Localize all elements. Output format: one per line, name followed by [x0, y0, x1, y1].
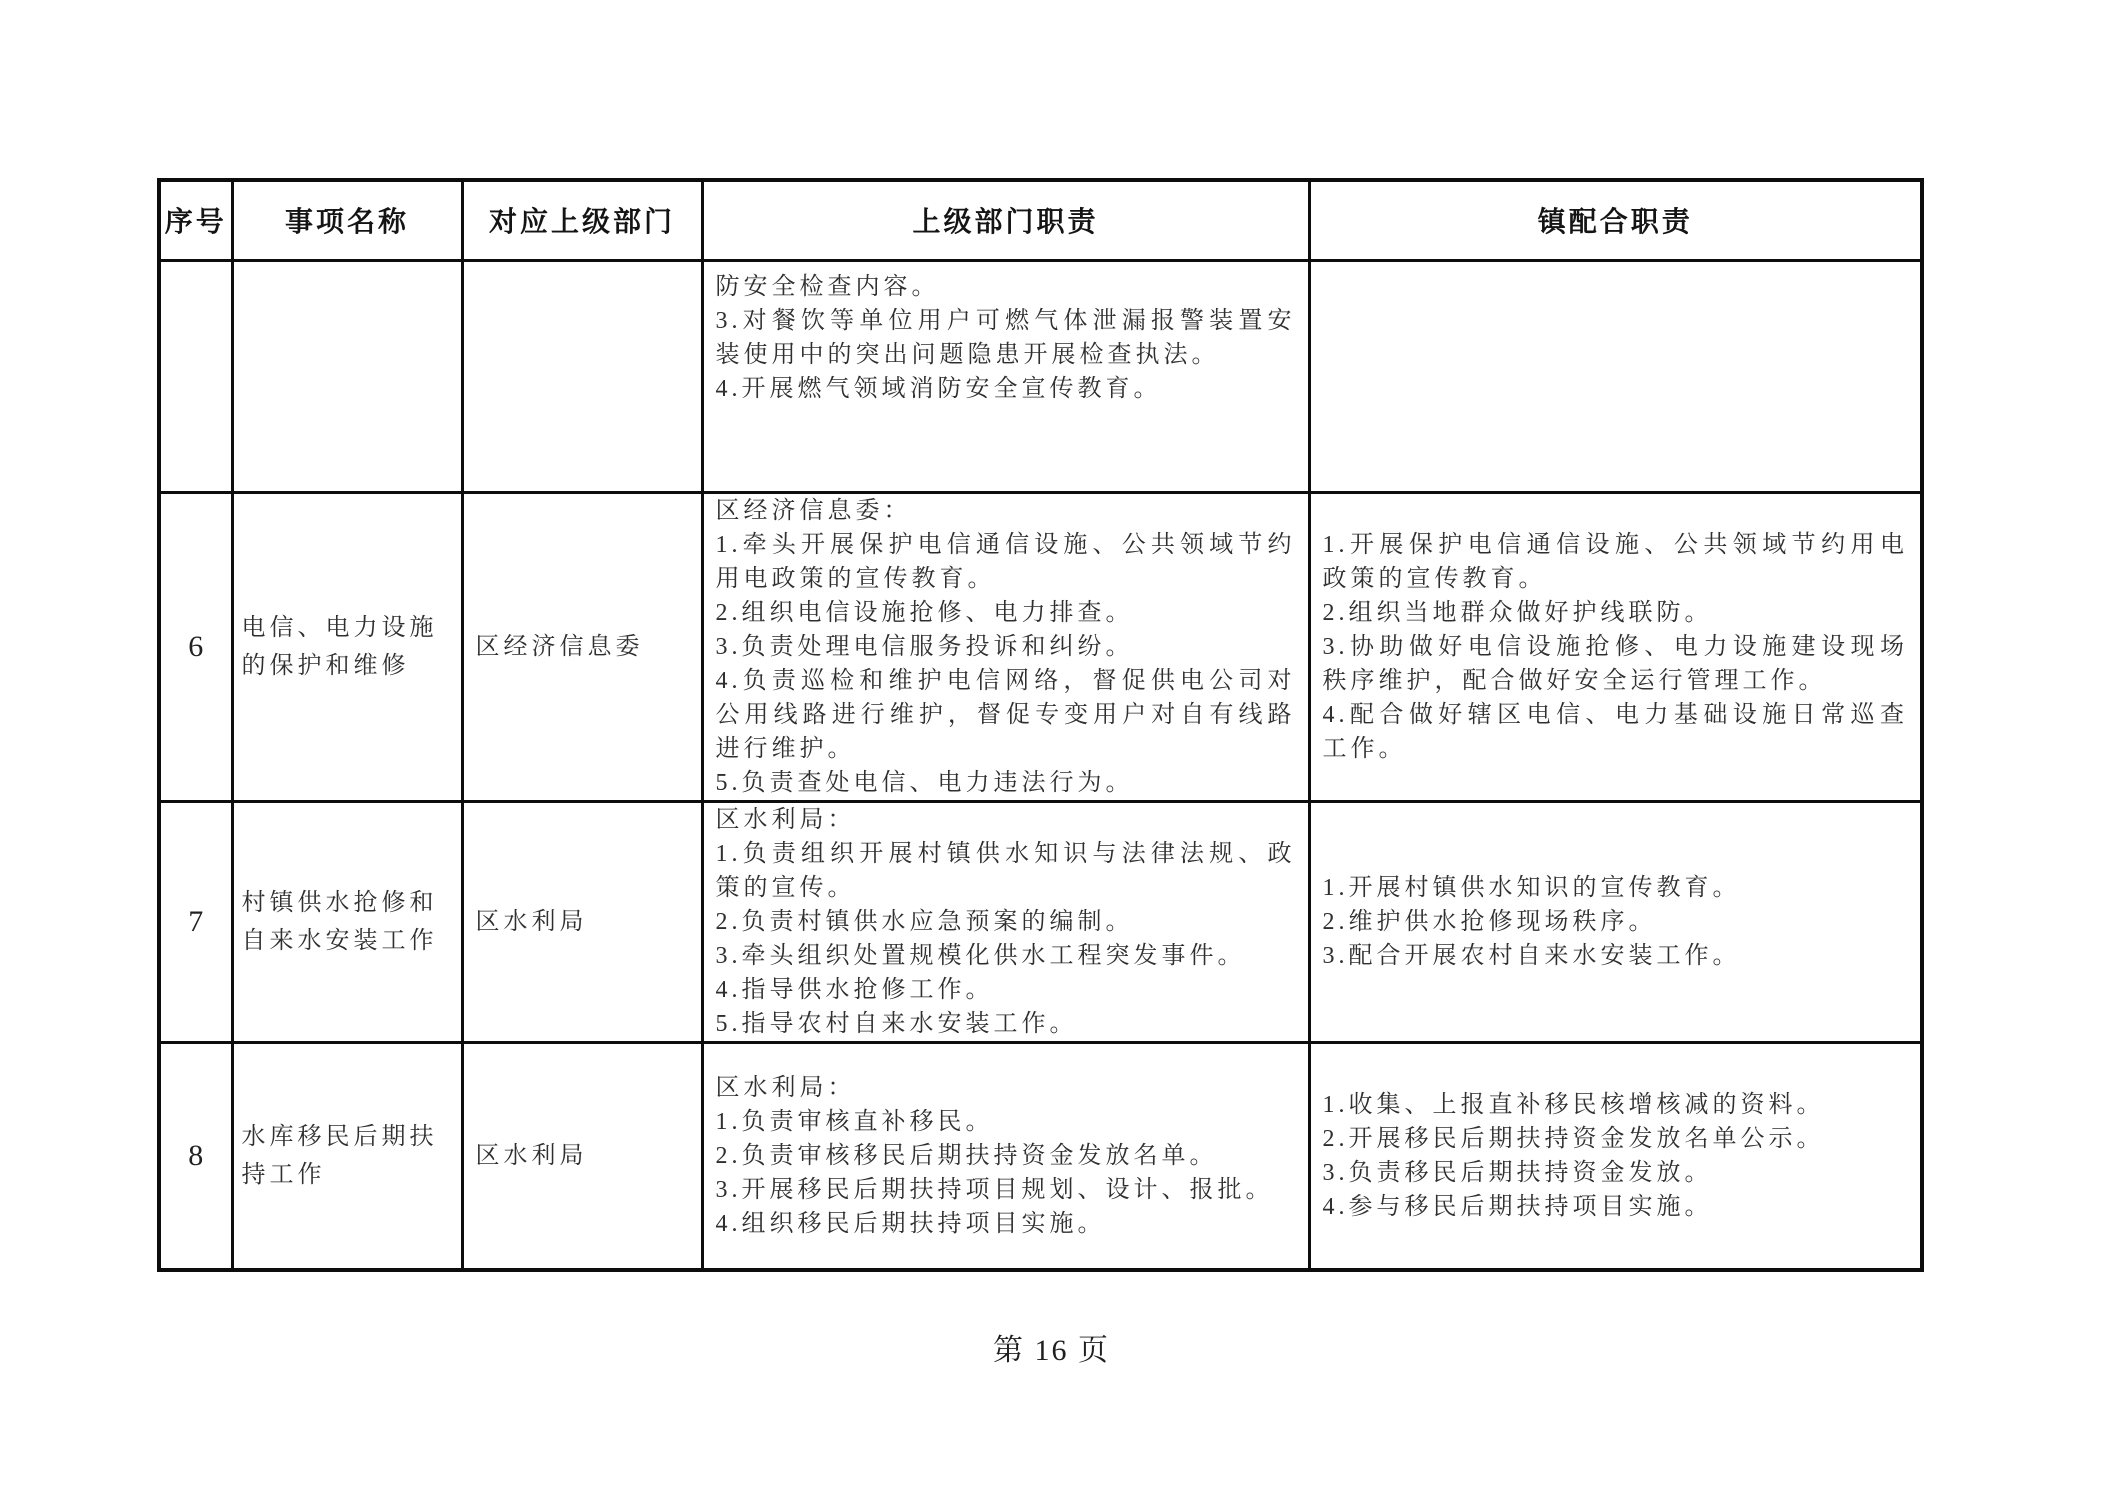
- duty-paragraph: 区水利局：: [716, 1071, 1296, 1105]
- cell-town-duties: 1.开展村镇供水知识的宣传教育。2.维护供水抢修现场秩序。3.配合开展农村自来水…: [1309, 801, 1922, 1042]
- header-department: 对应上级部门: [462, 180, 702, 260]
- header-item-name: 事项名称: [232, 180, 462, 260]
- cell-item-name: [232, 260, 462, 492]
- duty-paragraph: 2.维护供水抢修现场秩序。: [1323, 905, 1909, 939]
- cell-seq-number: [159, 260, 232, 492]
- duty-paragraph: 3.对餐饮等单位用户可燃气体泄漏报警装置安装使用中的突出问题隐患开展检查执法。: [716, 304, 1296, 372]
- cell-department: [462, 260, 702, 492]
- duty-paragraph: 3.配合开展农村自来水安装工作。: [1323, 939, 1909, 973]
- cell-seq-number: 6: [159, 492, 232, 801]
- duty-paragraph: 2.负责村镇供水应急预案的编制。: [716, 905, 1296, 939]
- duty-paragraph: 1.收集、上报直补移民核增核减的资料。: [1323, 1088, 1909, 1122]
- duty-paragraph: 4.参与移民后期扶持项目实施。: [1323, 1190, 1909, 1224]
- duty-paragraph: 2.开展移民后期扶持资金发放名单公示。: [1323, 1122, 1909, 1156]
- duty-paragraph: 1.开展村镇供水知识的宣传教育。: [1323, 871, 1909, 905]
- header-town-duties: 镇配合职责: [1309, 180, 1922, 260]
- header-seq: 序号: [159, 180, 232, 260]
- cell-item-name: 村镇供水抢修和自来水安装工作: [232, 801, 462, 1042]
- table-header-row: 序号 事项名称 对应上级部门 上级部门职责 镇配合职责: [159, 180, 1922, 260]
- cell-town-duties: [1309, 260, 1922, 492]
- duty-paragraph: 3.负责移民后期扶持资金发放。: [1323, 1156, 1909, 1190]
- cell-seq-number: 8: [159, 1042, 232, 1270]
- duty-paragraph: 4.指导供水抢修工作。: [716, 973, 1296, 1007]
- header-superior-duties: 上级部门职责: [702, 180, 1309, 260]
- cell-department: 区经济信息委: [462, 492, 702, 801]
- cell-town-duties: 1.收集、上报直补移民核增核减的资料。2.开展移民后期扶持资金发放名单公示。3.…: [1309, 1042, 1922, 1270]
- duty-paragraph: 2.组织当地群众做好护线联防。: [1323, 596, 1909, 630]
- table-row: 8 水库移民后期扶持工作 区水利局 区水利局：1.负责审核直补移民。2.负责审核…: [159, 1042, 1922, 1270]
- duties-table: 序号 事项名称 对应上级部门 上级部门职责 镇配合职责 防安全检查内容。3.对餐…: [157, 178, 1924, 1272]
- duty-paragraph: 1.负责组织开展村镇供水知识与法律法规、政策的宣传。: [716, 837, 1296, 905]
- cell-town-duties: 1.开展保护电信通信设施、公共领域节约用电政策的宣传教育。2.组织当地群众做好护…: [1309, 492, 1922, 801]
- table-row: 防安全检查内容。3.对餐饮等单位用户可燃气体泄漏报警装置安装使用中的突出问题隐患…: [159, 260, 1922, 492]
- duty-paragraph: 区经济信息委：: [716, 494, 1296, 528]
- duty-paragraph: 4.开展燃气领域消防安全宣传教育。: [716, 372, 1296, 406]
- duty-paragraph: 4.配合做好辖区电信、电力基础设施日常巡查工作。: [1323, 698, 1909, 766]
- duty-paragraph: 1.牵头开展保护电信通信设施、公共领域节约用电政策的宣传教育。: [716, 528, 1296, 596]
- duty-paragraph: 1.开展保护电信通信设施、公共领域节约用电政策的宣传教育。: [1323, 528, 1909, 596]
- cell-item-name: 水库移民后期扶持工作: [232, 1042, 462, 1270]
- duty-paragraph: 5.负责查处电信、电力违法行为。: [716, 766, 1296, 800]
- cell-item-name: 电信、电力设施的保护和维修: [232, 492, 462, 801]
- cell-department: 区水利局: [462, 801, 702, 1042]
- cell-superior-duties: 区水利局：1.负责组织开展村镇供水知识与法律法规、政策的宣传。2.负责村镇供水应…: [702, 801, 1309, 1042]
- duty-paragraph: 5.指导农村自来水安装工作。: [716, 1007, 1296, 1041]
- cell-superior-duties: 区水利局：1.负责审核直补移民。2.负责审核移民后期扶持资金发放名单。3.开展移…: [702, 1042, 1309, 1270]
- cell-superior-duties: 防安全检查内容。3.对餐饮等单位用户可燃气体泄漏报警装置安装使用中的突出问题隐患…: [702, 260, 1309, 492]
- duty-paragraph: 2.负责审核移民后期扶持资金发放名单。: [716, 1139, 1296, 1173]
- table-row: 6 电信、电力设施的保护和维修 区经济信息委 区经济信息委：1.牵头开展保护电信…: [159, 492, 1922, 801]
- table-row: 7 村镇供水抢修和自来水安装工作 区水利局 区水利局：1.负责组织开展村镇供水知…: [159, 801, 1922, 1042]
- duty-paragraph: 4.负责巡检和维护电信网络，督促供电公司对公用线路进行维护，督促专变用户对自有线…: [716, 664, 1296, 766]
- duty-paragraph: 3.协助做好电信设施抢修、电力设施建设现场秩序维护，配合做好安全运行管理工作。: [1323, 630, 1909, 698]
- document-page: 序号 事项名称 对应上级部门 上级部门职责 镇配合职责 防安全检查内容。3.对餐…: [0, 0, 2103, 1486]
- duty-paragraph: 3.开展移民后期扶持项目规划、设计、报批。: [716, 1173, 1296, 1207]
- duty-paragraph: 4.组织移民后期扶持项目实施。: [716, 1207, 1296, 1241]
- duty-paragraph: 3.负责处理电信服务投诉和纠纷。: [716, 630, 1296, 664]
- duty-paragraph: 区水利局：: [716, 803, 1296, 837]
- cell-seq-number: 7: [159, 801, 232, 1042]
- cell-department: 区水利局: [462, 1042, 702, 1270]
- duty-paragraph: 3.牵头组织处置规模化供水工程突发事件。: [716, 939, 1296, 973]
- duty-paragraph: 1.负责审核直补移民。: [716, 1105, 1296, 1139]
- cell-superior-duties: 区经济信息委：1.牵头开展保护电信通信设施、公共领域节约用电政策的宣传教育。2.…: [702, 492, 1309, 801]
- duty-paragraph: 2.组织电信设施抢修、电力排查。: [716, 596, 1296, 630]
- page-number: 第 16 页: [0, 1325, 2103, 1369]
- duty-paragraph: 防安全检查内容。: [716, 270, 1296, 304]
